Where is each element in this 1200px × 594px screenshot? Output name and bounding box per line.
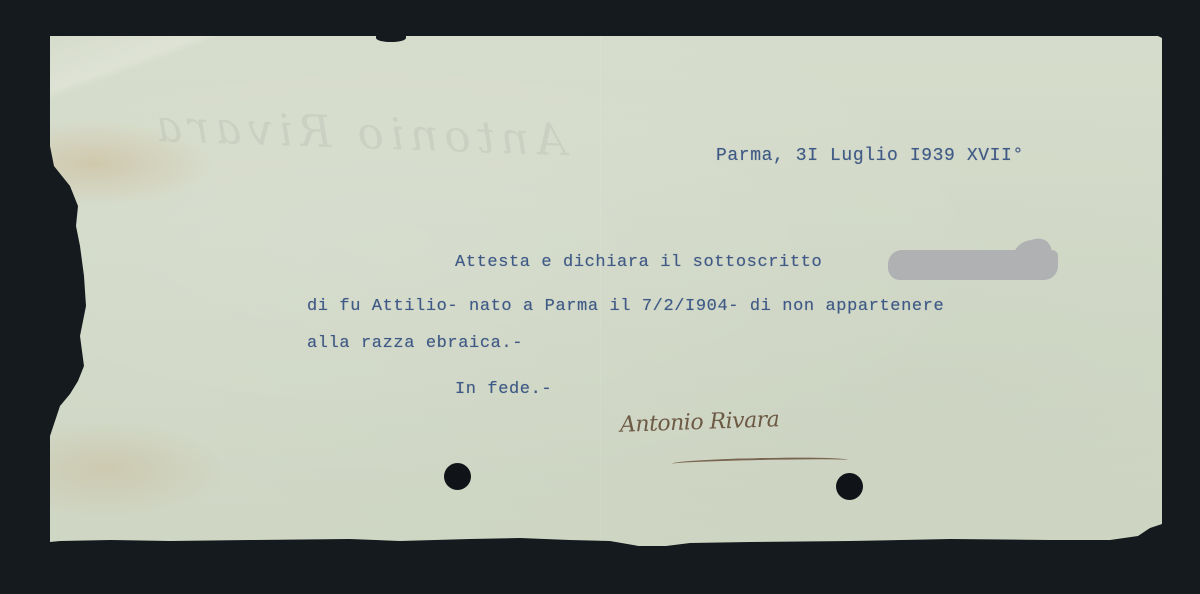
punch-hole-right [836, 473, 863, 500]
paper-crease [600, 36, 601, 541]
paper-top-notch [376, 34, 406, 42]
redacted-name [888, 250, 1058, 280]
declaration-line-1: Attesta e dichiara il sottoscritto [455, 253, 822, 272]
declaration-line-3: alla razza ebraica.- [307, 334, 523, 353]
declaration-line-2: di fu Attilio- nato a Parma il 7/2/I904-… [307, 297, 944, 316]
document-scan: Antonio Rivara Parma, 3I Luglio I939 XVI… [0, 0, 1200, 594]
punch-hole-left [444, 463, 471, 490]
date-line: Parma, 3I Luglio I939 XVII° [716, 146, 1024, 166]
closing-in-fede: In fede.- [455, 380, 552, 399]
